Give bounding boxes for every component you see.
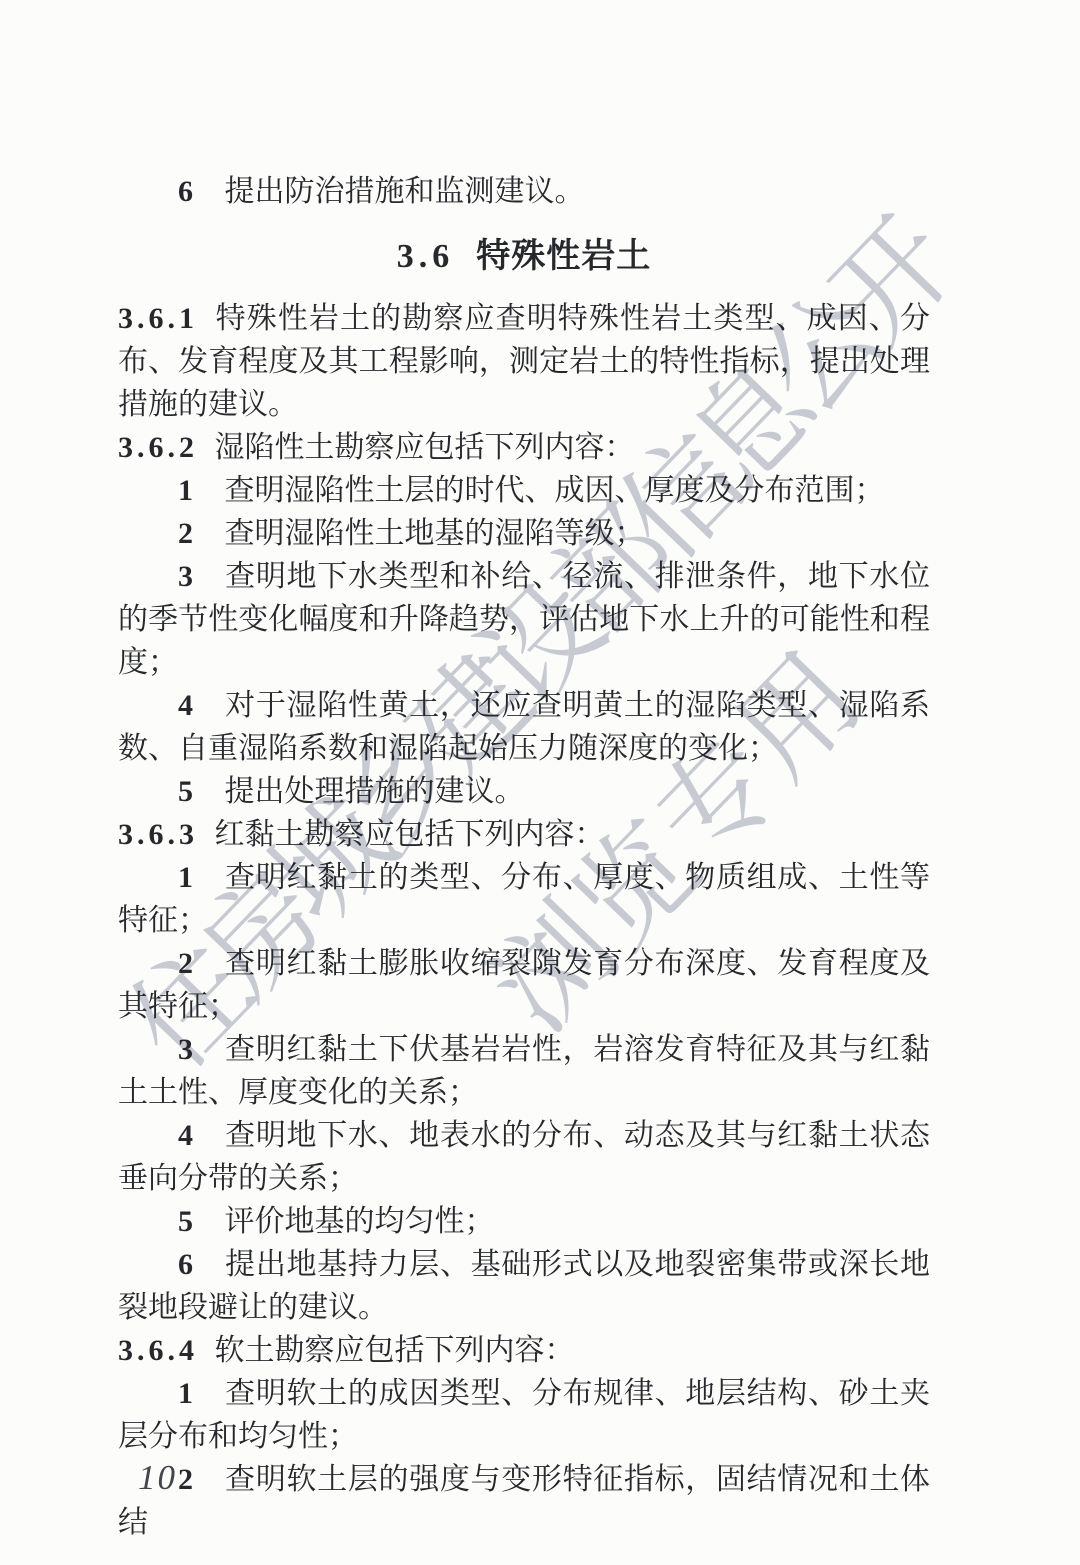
section-number: 3.6 [397,238,455,275]
item-number: 6 [178,1248,193,1281]
list-item-paragraph: 2查明红黏土膨胀收缩裂隙发育分布深度、发育程度及其特征； [118,942,930,1028]
page-number: 10 [138,1458,177,1498]
list-item-paragraph: 5提出处理措施的建议。 [118,770,930,813]
clause-paragraph: 3.6.3红黏土勘察应包括下列内容： [118,813,930,856]
item-number: 4 [178,1119,193,1152]
item-text: 查明软土的成因类型、分布规律、地层结构、砂土夹层分布和均匀性； [118,1377,930,1453]
item-text: 查明地下水类型和补给、径流、排泄条件，地下水位的季节性变化幅度和升降趋势，评估地… [118,560,930,679]
list-item-paragraph: 4查明地下水、地表水的分布、动态及其与红黏土状态垂向分带的关系； [118,1114,930,1200]
clause-text: 红黏土勘察应包括下列内容： [215,818,605,851]
item-text: 查明红黏土下伏基岩岩性，岩溶发育特征及其与红黏土土性、厚度变化的关系； [118,1033,930,1109]
item-number: 5 [178,1205,193,1238]
list-item-paragraph: 2查明湿陷性土地基的湿陷等级； [118,512,930,555]
clause-text: 软土勘察应包括下列内容： [215,1334,575,1367]
item-number: 1 [178,1377,193,1410]
clause-text: 湿陷性土勘察应包括下列内容： [215,431,635,464]
list-item-paragraph: 3查明地下水类型和补给、径流、排泄条件，地下水位的季节性变化幅度和升降趋势，评估… [118,555,930,684]
item-number: 3 [178,1033,193,1066]
item-text: 评价地基的均匀性； [225,1205,495,1238]
item-text: 查明红黏土的类型、分布、厚度、物质组成、土性等特征； [118,861,930,937]
item-text: 提出处理措施的建议。 [225,775,525,808]
item-text: 提出地基持力层、基础形式以及地裂密集带或深长地裂地段避让的建议。 [118,1248,930,1324]
clause-paragraph: 3.6.4软土勘察应包括下列内容： [118,1329,930,1372]
scanned-document-page: 住房城乡建设部信息公开 浏览专用 6提出防治措施和监测建议。3.6特殊性岩土3.… [0,0,1080,1565]
list-item-paragraph: 5评价地基的均匀性； [118,1200,930,1243]
list-item-paragraph: 1查明红黏土的类型、分布、厚度、物质组成、土性等特征； [118,856,930,942]
item-number: 5 [178,775,193,808]
item-text: 查明软土层的强度与变形特征指标，固结情况和土体结 [118,1463,930,1539]
clause-number: 3.6.4 [118,1334,198,1367]
item-text: 查明地下水、地表水的分布、动态及其与红黏土状态垂向分带的关系； [118,1119,930,1195]
item-text: 查明湿陷性土地基的湿陷等级； [225,517,645,550]
section-title: 特殊性岩土 [476,238,651,275]
item-text: 查明湿陷性土层的时代、成因、厚度及分布范围； [225,474,885,507]
list-item-paragraph: 1查明湿陷性土层的时代、成因、厚度及分布范围； [118,469,930,512]
item-text: 查明红黏土膨胀收缩裂隙发育分布深度、发育程度及其特征； [118,947,930,1023]
clause-number: 3.6.3 [118,818,198,851]
item-text: 提出防治措施和监测建议。 [225,175,585,208]
clause-paragraph: 3.6.2湿陷性土勘察应包括下列内容： [118,426,930,469]
item-number: 4 [178,689,193,722]
list-item-paragraph: 3查明红黏土下伏基岩岩性，岩溶发育特征及其与红黏土土性、厚度变化的关系； [118,1028,930,1114]
clause-number: 3.6.1 [118,302,198,335]
document-body: 6提出防治措施和监测建议。3.6特殊性岩土3.6.1特殊性岩土的勘察应查明特殊性… [118,170,930,1544]
list-item-paragraph: 1查明软土的成因类型、分布规律、地层结构、砂土夹层分布和均匀性； [118,1372,930,1458]
item-number: 1 [178,861,193,894]
list-item-paragraph: 6提出防治措施和监测建议。 [118,170,930,213]
clause-text: 特殊性岩土的勘察应查明特殊性岩土类型、成因、分布、发育程度及其工程影响，测定岩土… [118,302,930,421]
list-item-paragraph: 4对于湿陷性黄土，还应查明黄土的湿陷类型、湿陷系数、自重湿陷系数和湿陷起始压力随… [118,684,930,770]
item-number: 2 [178,947,193,980]
item-number: 2 [178,517,193,550]
clause-number: 3.6.2 [118,431,198,464]
item-number: 6 [178,175,193,208]
item-number: 2 [178,1463,193,1496]
item-number: 1 [178,474,193,507]
list-item-paragraph: 2查明软土层的强度与变形特征指标，固结情况和土体结 [118,1458,930,1544]
list-item-paragraph: 6提出地基持力层、基础形式以及地裂密集带或深长地裂地段避让的建议。 [118,1243,930,1329]
section-heading: 3.6特殊性岩土 [118,237,930,277]
item-text: 对于湿陷性黄土，还应查明黄土的湿陷类型、湿陷系数、自重湿陷系数和湿陷起始压力随深… [118,689,930,765]
clause-paragraph: 3.6.1特殊性岩土的勘察应查明特殊性岩土类型、成因、分布、发育程度及其工程影响… [118,297,930,426]
item-number: 3 [178,560,193,593]
